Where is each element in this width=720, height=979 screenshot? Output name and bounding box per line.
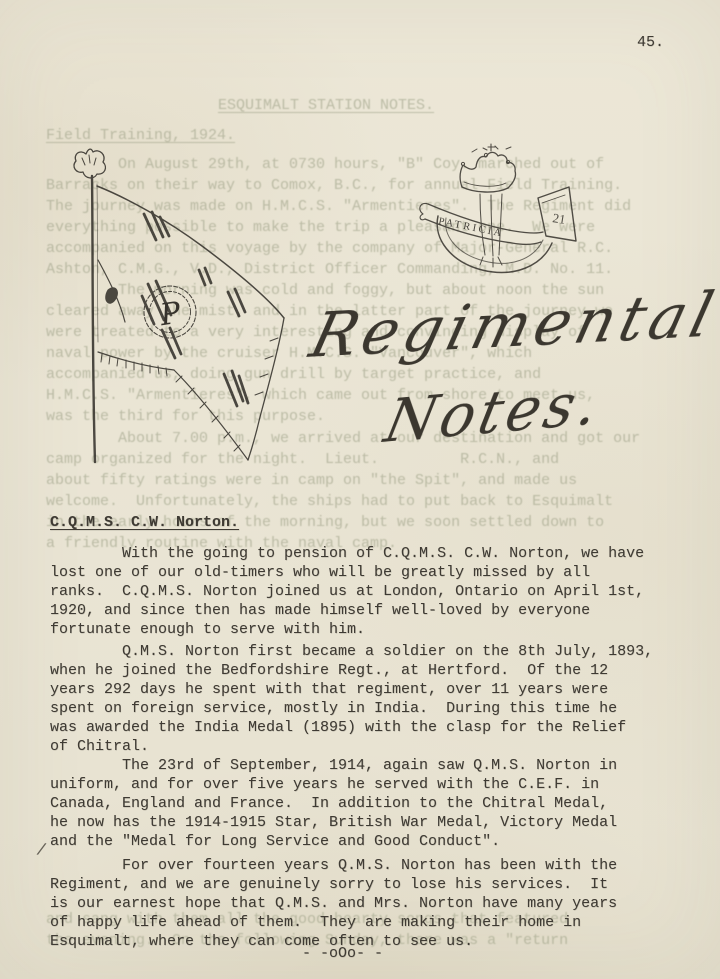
article-heading: C.Q.M.S. C.W. Norton. (50, 513, 239, 532)
article-paragraph: For over fourteen years Q.M.S. Norton ha… (50, 856, 617, 951)
flag-sketch: P (52, 142, 297, 477)
section-divider: - -oOo- - (302, 944, 383, 963)
article-paragraph: Q.M.S. Norton first became a soldier on … (50, 642, 653, 756)
badge-bell-mark: 21 (552, 210, 567, 227)
page-number: 45. (637, 33, 664, 52)
article-paragraph: With the going to pension of C.Q.M.S. C.… (50, 544, 644, 639)
article-paragraph: The 23rd of September, 1914, again saw Q… (50, 756, 617, 851)
document-page: ESQUIMALT STATION NOTES. Field Training,… (0, 0, 720, 979)
stray-mark: / (35, 841, 48, 861)
bleedthrough-line: welcome. Unfortunately, the ships had to… (46, 492, 613, 511)
regimental-badge-sketch: 21 PATRICIA (412, 142, 582, 282)
flag-emblem-letter: P (157, 296, 184, 334)
bleedthrough-line: ESQUIMALT STATION NOTES. (218, 96, 434, 115)
